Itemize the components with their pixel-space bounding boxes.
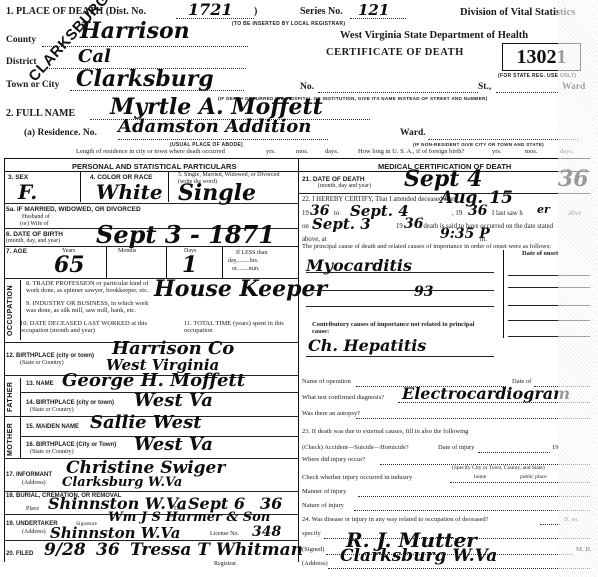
non-resident-note: (IF NON-RESIDENT GIVE CITY OR TOWN AND S… <box>413 142 544 147</box>
date-of-birth-label: 6. DATE OF BIRTH <box>6 231 63 238</box>
registrar-value: Tressa T Whitman <box>130 540 303 560</box>
test-confirmed-label: What test confirmed diagnosis? <box>302 394 384 401</box>
trade-profession-value: House Keeper <box>154 276 327 302</box>
wife-of-label: (or) Wife of <box>20 221 49 227</box>
residence-ward-label: Ward. <box>400 128 426 138</box>
undertaker-value: Wm J S Harmer & Son <box>108 510 270 525</box>
series-number: 121 <box>358 1 389 19</box>
occupation-vertical-label: OCCUPATION <box>7 285 14 336</box>
birthplace-label: 12. BIRTHPLACE (city or town) <box>6 353 94 359</box>
county-value: Harrison <box>80 18 190 44</box>
informant-label: 17. INFORMANT <box>6 472 52 478</box>
series-label: Series No. <box>300 6 343 17</box>
town-value: Clarksburg <box>76 66 214 92</box>
contributory-cause-value: Ch. Hepatitis <box>308 336 426 355</box>
district-value: Cal <box>78 46 111 67</box>
if-married-label: 5a. IF MARRIED, WIDOWED, OR DIVORCED <box>6 206 141 213</box>
mother-birthplace-value: West Va <box>134 434 213 455</box>
father-name-value: George H. Moffett <box>62 370 245 391</box>
date-last-worked-label: 10. DATE DECEASED LAST WORKED at this oc… <box>20 320 150 334</box>
full-name-label: 2. FULL NAME <box>6 108 75 119</box>
informant-address-value: Clarksburg W.Va <box>62 475 182 490</box>
manner-of-injury-label: Manner of injury <box>302 488 346 495</box>
town-label: Town or City <box>6 80 59 90</box>
mother-vertical-label: MOTHER <box>7 423 14 456</box>
filed-label: 20. FILED <box>6 551 33 557</box>
father-vertical-label: FATHER <box>7 382 14 412</box>
how-long-in-usa-label: How long in U. S. A., if of foreign birt… <box>358 148 464 155</box>
check-accident-label: (Check) Accident—Suicide—Homicide? <box>302 444 409 451</box>
age-days-value: 1 <box>182 252 197 278</box>
date-of-death-label: 21. DATE OF DEATH <box>302 176 365 183</box>
street-label: St., <box>478 82 491 92</box>
physician-address-label: (Address) <box>302 560 328 567</box>
district-number: 1721 <box>188 0 233 19</box>
filed-date-value: 9/28 <box>44 540 86 560</box>
residence-value: Adamston Addition <box>118 116 311 137</box>
total-time-label: 11. TOTAL TIME (years) spent in this occ… <box>184 320 284 334</box>
trade-profession-label: 8. TRADE PROFESSION or particular kind o… <box>26 280 156 294</box>
external-causes-label: 23. If death was due to external causes,… <box>302 428 468 435</box>
mother-maiden-name-label: 15. MAIDEN NAME <box>26 424 79 430</box>
scan-noise <box>558 0 598 577</box>
age-label: 7. AGE <box>6 248 27 255</box>
color-race-value: White <box>96 180 163 204</box>
where-injury-label: Where did injury occur? <box>302 456 365 463</box>
department-title: West Virginia State Department of Health <box>340 30 528 41</box>
physician-address-value: Clarksburg W.Va <box>340 546 497 566</box>
autopsy-label: Was there an autopsy? <box>302 410 360 417</box>
operation-label: Name of operation <box>302 378 351 385</box>
personal-section-title: PERSONAL AND STATISTICAL PARTICULARS <box>72 162 236 171</box>
length-of-residence-label: Length of residence in city or town wher… <box>76 148 225 155</box>
principal-cause-label: The principal cause of death and related… <box>302 243 551 250</box>
local-registrar-note: (TO BE INSERTED BY LOCAL REGISTRAR) <box>232 21 345 27</box>
date-of-onset-label: Date of onset <box>522 250 558 257</box>
residence-label: (a) Residence. No. <box>24 128 97 138</box>
date-of-birth-value: Sept 3 - 1871 <box>96 220 275 249</box>
certificate-title: CERTIFICATE OF DEATH <box>326 47 464 58</box>
father-birthplace-value: West Va <box>134 390 213 411</box>
husband-of-label: Husband of <box>22 214 50 220</box>
nature-of-injury-label: Nature of injury <box>302 502 344 509</box>
last-saw-date-value: Sept. 3 <box>312 215 371 233</box>
father-birthplace-label: 14. BIRTHPLACE (city or town) <box>26 400 114 406</box>
contributory-cause-label: Contributory causes of importance not re… <box>312 321 492 335</box>
sex-value: F. <box>18 180 37 204</box>
license-number-value: 348 <box>252 524 281 540</box>
county-label: County <box>6 35 36 45</box>
industry-business-label: 9. INDUSTRY OR BUSINESS, in which work w… <box>26 300 156 314</box>
occupation-related-label: 24. Was disease or injury in any way rel… <box>302 516 489 523</box>
test-confirmed-value: Electrocardiogram <box>402 384 570 403</box>
mother-maiden-name-value: Sallie West <box>90 412 202 433</box>
district-label: District <box>6 57 37 67</box>
street-no-label: No. <box>300 82 314 92</box>
age-years-value: 65 <box>54 252 85 278</box>
cause-code-value: 93 <box>414 284 433 300</box>
mother-birthplace-label: 16. BIRTHPLACE (City or Town) <box>26 442 116 448</box>
signed-label: (Signed) <box>302 546 324 553</box>
filed-year-value: 36 <box>96 540 120 560</box>
injury-industry-label: Check whether injury occurred in industr… <box>302 474 412 481</box>
father-name-label: 13. NAME <box>26 381 54 387</box>
